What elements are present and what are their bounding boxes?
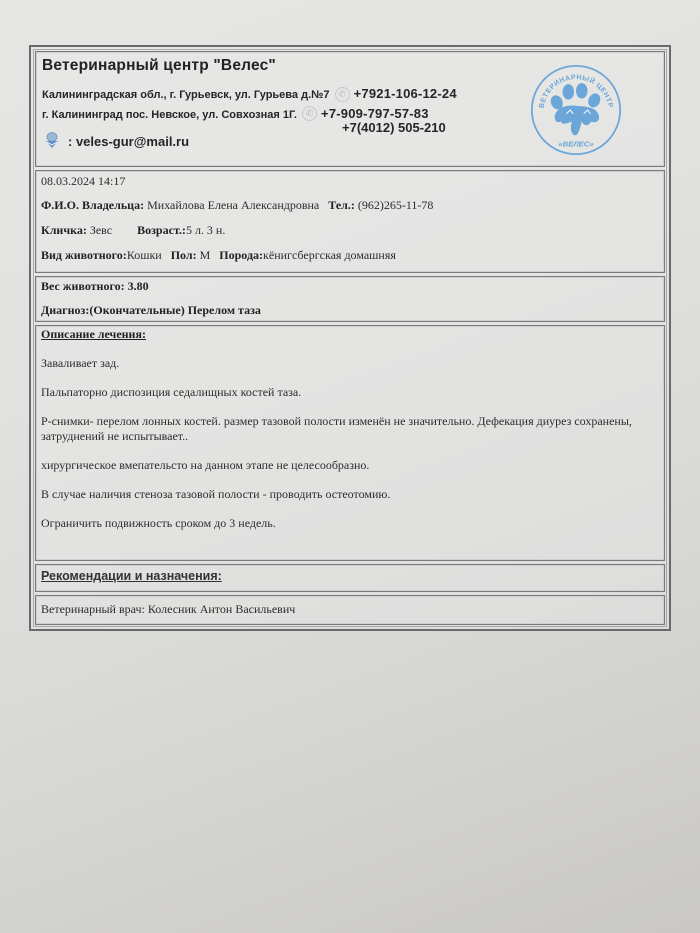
clinic-address-1: Калининградская обл., г. Гурьевск, ул. Г… — [42, 89, 330, 101]
clinic-phone-3: +7(4012) 505-210 — [342, 120, 446, 135]
visit-info: 08.03.2024 14:17 Ф.И.О. Владельца: Михай… — [35, 170, 665, 273]
visit-datetime: 08.03.2024 14:17 — [41, 174, 659, 198]
recommendations-section: Рекомендации и назначения: — [35, 564, 665, 592]
sex-value: М — [200, 248, 211, 262]
treatment-paragraph: Ограничить подвижность сроком до 3 недел… — [41, 516, 659, 531]
treatment-section: Описание лечения: Заваливает зад. Пальпа… — [35, 325, 665, 561]
recommendations-heading: Рекомендации и назначения: — [41, 569, 659, 583]
vet-record-sheet: Ветеринарный центр "Велес" Калининградск… — [29, 45, 671, 631]
species-label: Вид животного: — [41, 248, 127, 262]
doctor-name: Ветеринарный врач: Колесник Антон Василь… — [41, 602, 295, 616]
diagnosis-label: Диагноз: — [41, 303, 89, 317]
clinic-phone-2: +7-909-797-57-83 — [321, 106, 429, 121]
treatment-paragraph: Заваливает зад. — [41, 356, 659, 371]
owner-label: Ф.И.О. Владельца: — [41, 198, 144, 212]
owner-phone-value: (962)265-11-78 — [358, 198, 434, 212]
svg-text:«ВЕЛЕС»: «ВЕЛЕС» — [558, 139, 594, 148]
weight-label: Вес животного: — [41, 279, 125, 293]
pet-age-value: 5 л. 3 н. — [186, 223, 225, 237]
treatment-paragraph: Р-снимки- перелом лонных костей. размер … — [41, 414, 659, 444]
owner-row: Ф.И.О. Владельца: Михайлова Елена Алекса… — [41, 198, 659, 223]
pet-age-label: Возраст.: — [137, 223, 186, 237]
clinic-logo: ВЕТЕРИНАРНЫЙ ЦЕНТР «ВЕЛЕС» — [528, 62, 624, 158]
clinic-phone-1: +7921-106-12-24 — [354, 86, 457, 101]
clinic-header: Ветеринарный центр "Велес" Калининградск… — [35, 51, 665, 167]
clinic-email-row: : veles-gur@mail.ru — [44, 132, 189, 150]
pet-name-value: Зевс — [90, 223, 112, 237]
pet-name-label: Кличка: — [41, 223, 87, 237]
treatment-paragraph: хирургическое вмепательсто на данном эта… — [41, 458, 659, 473]
diagnosis-value: (Окончательные) Перелом таза — [89, 303, 261, 317]
weight-value: 3.80 — [128, 279, 149, 293]
breed-value: кёнигсбергская домашняя — [263, 248, 396, 262]
owner-value: Михайлова Елена Александровна — [147, 198, 319, 212]
weight-row: Вес животного: 3.80 — [41, 279, 659, 303]
treatment-paragraph: Пальпаторно диспозиция седалищных костей… — [41, 385, 659, 400]
phone-icon: ✆ — [335, 87, 350, 102]
treatment-heading: Описание лечения: — [41, 327, 659, 342]
diagnosis-row: Диагноз:(Окончательные) Перелом таза — [41, 303, 659, 327]
breed-label: Порода: — [219, 248, 263, 262]
mail-icon — [44, 132, 60, 150]
owner-phone-label: Тел.: — [328, 198, 355, 212]
clinic-address-2: г. Калининград пос. Невское, ул. Совхозн… — [42, 109, 297, 121]
clinic-email[interactable]: : veles-gur@mail.ru — [68, 134, 189, 149]
pet-species-row: Вид животного:Кошки Пол: М Порода:кёнигс… — [41, 248, 659, 273]
doctor-section: Ветеринарный врач: Колесник Антон Василь… — [35, 595, 665, 625]
phone-icon: ✆ — [302, 106, 317, 121]
treatment-paragraph: В случае наличия стеноза тазовой полости… — [41, 487, 659, 502]
species-value: Кошки — [127, 248, 162, 262]
pet-name-row: Кличка: Зевс Возраст.:5 л. 3 н. — [41, 223, 659, 248]
sex-label: Пол: — [171, 248, 197, 262]
svg-text:ВЕТЕРИНАРНЫЙ ЦЕНТР: ВЕТЕРИНАРНЫЙ ЦЕНТР — [539, 74, 614, 109]
weight-diagnosis: Вес животного: 3.80 Диагноз:(Окончательн… — [35, 276, 665, 322]
